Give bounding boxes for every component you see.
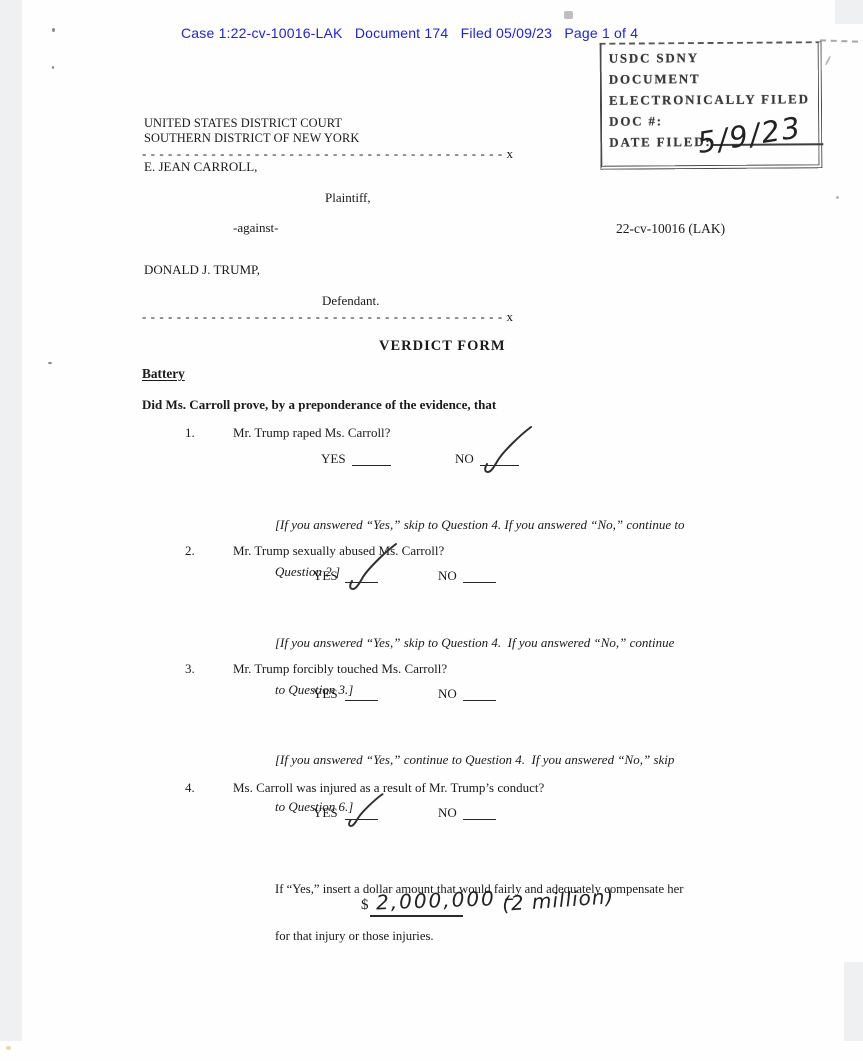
scan-artifact xyxy=(52,28,55,32)
caption-rule-bottom: - - - - - - - - - - - - - - - - - - - - … xyxy=(142,309,514,325)
plaintiff-role: Plaintiff, xyxy=(325,190,371,206)
stamp-line-document: DOCUMENT xyxy=(609,67,818,89)
question-3-yes-blank xyxy=(345,685,378,701)
question-2-yes-blank xyxy=(345,567,378,583)
section-heading-battery: Battery xyxy=(142,366,185,382)
question-4-text: Ms. Carroll was injured as a result of M… xyxy=(233,780,544,795)
plaintiff-name: E. JEAN CARROLL, xyxy=(144,159,257,175)
question-1-yes-blank xyxy=(352,450,391,466)
court-name-line1: UNITED STATES DISTRICT COURT xyxy=(144,116,342,131)
scan-artifact xyxy=(836,196,839,199)
form-title: VERDICT FORM xyxy=(379,338,506,355)
handwritten-amount: 2,000,000 – xyxy=(376,886,517,915)
damages-prompt: If “Yes,” insert a dollar amount that wo… xyxy=(275,851,683,975)
question-1-number: 1. xyxy=(185,425,233,441)
question-1: 1.Mr. Trump raped Ms. Carroll? xyxy=(185,425,390,441)
question-4-no-blank xyxy=(463,804,496,820)
question-3-number: 3. xyxy=(185,661,233,677)
question-1-no-label: NO xyxy=(455,451,474,467)
question-3-text: Mr. Trump forcibly touched Ms. Carroll? xyxy=(233,661,447,676)
question-1-answer-row: YES NO xyxy=(321,451,551,469)
versus-label: -against- xyxy=(233,220,278,236)
checkmark-icon xyxy=(481,424,533,472)
amount-blank-line xyxy=(370,915,463,917)
court-name-line2: SOUTHERN DISTRICT OF NEW YORK xyxy=(144,131,359,146)
checkmark-icon xyxy=(346,792,384,826)
question-1-no-blank xyxy=(480,450,519,466)
question-3-answer-row: YES NO xyxy=(313,686,543,704)
question-4-answer-row: YES NO xyxy=(313,805,543,823)
question-1-yes-label: YES xyxy=(321,451,346,467)
damages-prompt-line2: for that injury or those injuries. xyxy=(275,929,683,945)
ecf-case-header: Case 1:22-cv-10016-LAK Document 174 File… xyxy=(181,25,638,41)
question-4-number: 4. xyxy=(185,780,233,796)
scan-edge-bottom-right xyxy=(844,962,863,1041)
case-number: 22-cv-10016 (LAK) xyxy=(616,221,725,237)
question-2-instruction-line1: [If you answered “Yes,” skip to Question… xyxy=(275,635,674,651)
question-2-no-label: NO xyxy=(438,568,457,584)
question-2-answer-row: YES NO xyxy=(313,568,543,586)
scan-artifact xyxy=(820,39,858,42)
scan-artifact xyxy=(6,1046,11,1050)
stamp-line-usdc: USDC SDNY xyxy=(609,46,818,68)
question-1-instruction-line1: [If you answered “Yes,” skip to Question… xyxy=(275,517,685,533)
scan-edge-top-right xyxy=(835,0,863,24)
intro-sentence: Did Ms. Carroll prove, by a preponderanc… xyxy=(142,397,496,413)
scan-artifact xyxy=(48,362,52,364)
question-4-yes-label: YES xyxy=(313,805,338,821)
question-2-text: Mr. Trump sexually abused Ms. Carroll? xyxy=(233,543,444,558)
question-2-number: 2. xyxy=(185,543,233,559)
scan-edge-left xyxy=(0,0,22,1041)
question-3-no-label: NO xyxy=(438,686,457,702)
question-2: 2.Mr. Trump sexually abused Ms. Carroll? xyxy=(185,543,444,559)
question-4-no-label: NO xyxy=(438,805,457,821)
question-4-yes-blank xyxy=(345,804,378,820)
question-2-yes-label: YES xyxy=(313,568,338,584)
question-3: 3.Mr. Trump forcibly touched Ms. Carroll… xyxy=(185,661,447,677)
question-2-no-blank xyxy=(463,567,496,583)
question-3-no-blank xyxy=(463,685,496,701)
dollar-sign: $ xyxy=(361,897,369,914)
scan-artifact xyxy=(52,66,54,69)
defendant-name: DONALD J. TRUMP, xyxy=(144,262,260,278)
defendant-role: Defendant. xyxy=(322,293,379,309)
scan-artifact xyxy=(825,55,832,66)
stamp-line-electronically-filed: ELECTRONICALLY FILED xyxy=(609,88,818,110)
question-1-text: Mr. Trump raped Ms. Carroll? xyxy=(233,425,390,440)
scanned-verdict-form-page: Case 1:22-cv-10016-LAK Document 174 File… xyxy=(0,0,863,1061)
checkmark-icon xyxy=(346,541,398,589)
question-3-instruction-line1: [If you answered “Yes,” continue to Ques… xyxy=(275,752,674,768)
question-3-yes-label: YES xyxy=(313,686,338,702)
scan-artifact xyxy=(564,11,573,19)
